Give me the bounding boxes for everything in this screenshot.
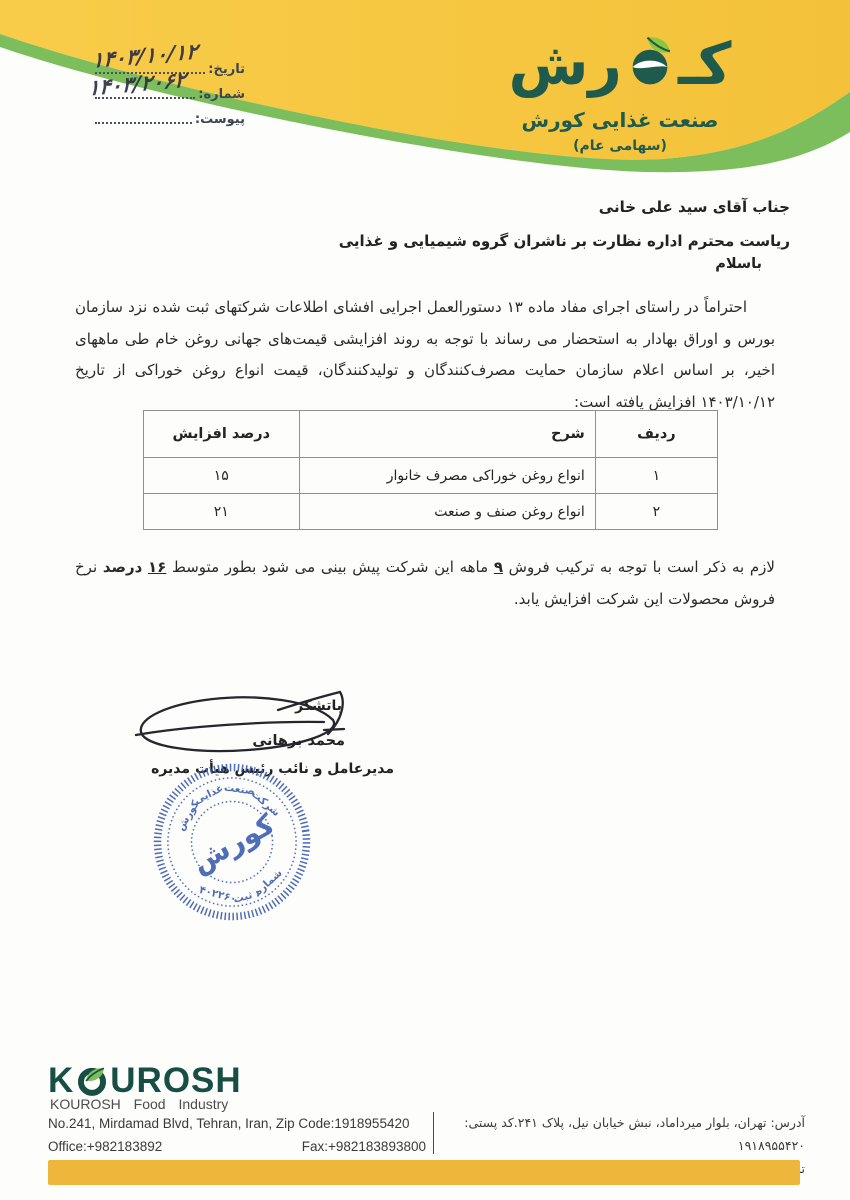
number-label: شماره: xyxy=(198,87,245,102)
cell-row-number: ۲ xyxy=(595,494,717,530)
cell-percent: ۲۱ xyxy=(144,494,300,530)
cell-row-number: ۱ xyxy=(595,458,717,494)
footer-logo-rest: UROSH xyxy=(110,1063,241,1098)
footer-leaf-o-icon xyxy=(75,1064,109,1098)
stamp-arc-word: ۴۰۲۲۶۰ xyxy=(198,884,238,905)
note-paragraph: لازم به ذکر است با توجه به ترکیب فروش ۹ … xyxy=(75,552,775,615)
stamp-center-wordmark: کورش xyxy=(186,807,281,879)
header-percent: درصد افزایش xyxy=(144,411,300,458)
recipient-block: جناب آقای سید علی خانی ریاست محترم اداره… xyxy=(339,190,790,258)
footer-logo-k: K xyxy=(48,1063,74,1098)
header-description: شرح xyxy=(299,411,595,458)
wordmark-left-part: رش xyxy=(509,35,622,93)
note-text: ماهه این شرکت پیش بینی می شود بطور متوسط xyxy=(166,558,494,576)
wordmark-right-part: کـ xyxy=(678,35,732,93)
letter-page: تاریخ: شماره: پیوست: ۱۴۰۳/۱۰/۱۲ ۱۴۰۳/۲۰۶… xyxy=(0,0,850,1200)
body-paragraph: احتراماً در راستای اجرای مفاد ماده ۱۳ دس… xyxy=(75,292,775,418)
leaf-swirl-icon xyxy=(624,35,676,87)
note-emphasis-16: ۱۶ xyxy=(148,558,166,576)
address-persian: آدرس: تهران، بلوار میرداماد، نبش خیابان … xyxy=(433,1111,805,1157)
table-row: ۲ انواع روغن صنف و صنعت ۲۱ xyxy=(144,494,718,530)
date-label: تاریخ: xyxy=(208,62,245,77)
footer-contact-english: No.241, Mirdamad Blvd, Tehran, Iran, Zip… xyxy=(48,1112,426,1158)
recipient-title: ریاست محترم اداره نظارت بر ناشران گروه ش… xyxy=(339,224,790,258)
footer-yellow-bar xyxy=(48,1160,800,1185)
cell-description: انواع روغن خوراکی مصرف خانوار xyxy=(299,458,595,494)
cell-percent: ۱۵ xyxy=(144,458,300,494)
note-text: لازم به ذکر است با توجه به ترکیب فروش xyxy=(503,558,775,576)
logo-subtitle2: (سهامی عام) xyxy=(465,138,775,154)
table-header-row: ردیف شرح درصد افزایش xyxy=(144,411,718,458)
attachment-row: پیوست: xyxy=(95,102,245,127)
kourosh-wordmark: کـ رش xyxy=(465,22,775,106)
footer-logo-subtitle: KOUROSH Food Industry xyxy=(50,1096,228,1112)
recipient-name: جناب آقای سید علی خانی xyxy=(339,190,790,224)
header-row-number: ردیف xyxy=(595,411,717,458)
address-english: No.241, Mirdamad Blvd, Tehran, Iran, Zip… xyxy=(48,1112,426,1135)
attachment-label: پیوست: xyxy=(195,112,245,127)
note-emphasis-percent: درصد xyxy=(103,558,143,576)
salutation: باسلام xyxy=(715,256,762,272)
attachment-dotted-line xyxy=(95,121,192,124)
price-increase-table: ردیف شرح درصد افزایش ۱ انواع روغن خوراکی… xyxy=(143,410,718,530)
company-stamp: شرکت صنعت غذایی کورش شماره ثبت : ۴۰۲۲۶۰ … xyxy=(138,748,326,936)
stamp-arc-word: صنعت xyxy=(223,781,255,797)
company-logo-block: کـ رش صنعت غذایی کورش (سهامی عام) xyxy=(465,22,775,154)
table-row: ۱ انواع روغن خوراکی مصرف خانوار ۱۵ xyxy=(144,458,718,494)
footer-logo: K UROSH xyxy=(48,1062,242,1098)
office-phone-english: Office:+982183892 xyxy=(48,1135,162,1158)
note-emphasis-9: ۹ xyxy=(494,558,503,576)
fax-english: Fax:+982183893800 xyxy=(302,1135,426,1158)
cell-description: انواع روغن صنف و صنعت xyxy=(299,494,595,530)
stamp-arc-word: کورش xyxy=(175,798,203,833)
logo-subtitle: صنعت غذایی کورش xyxy=(465,108,775,132)
